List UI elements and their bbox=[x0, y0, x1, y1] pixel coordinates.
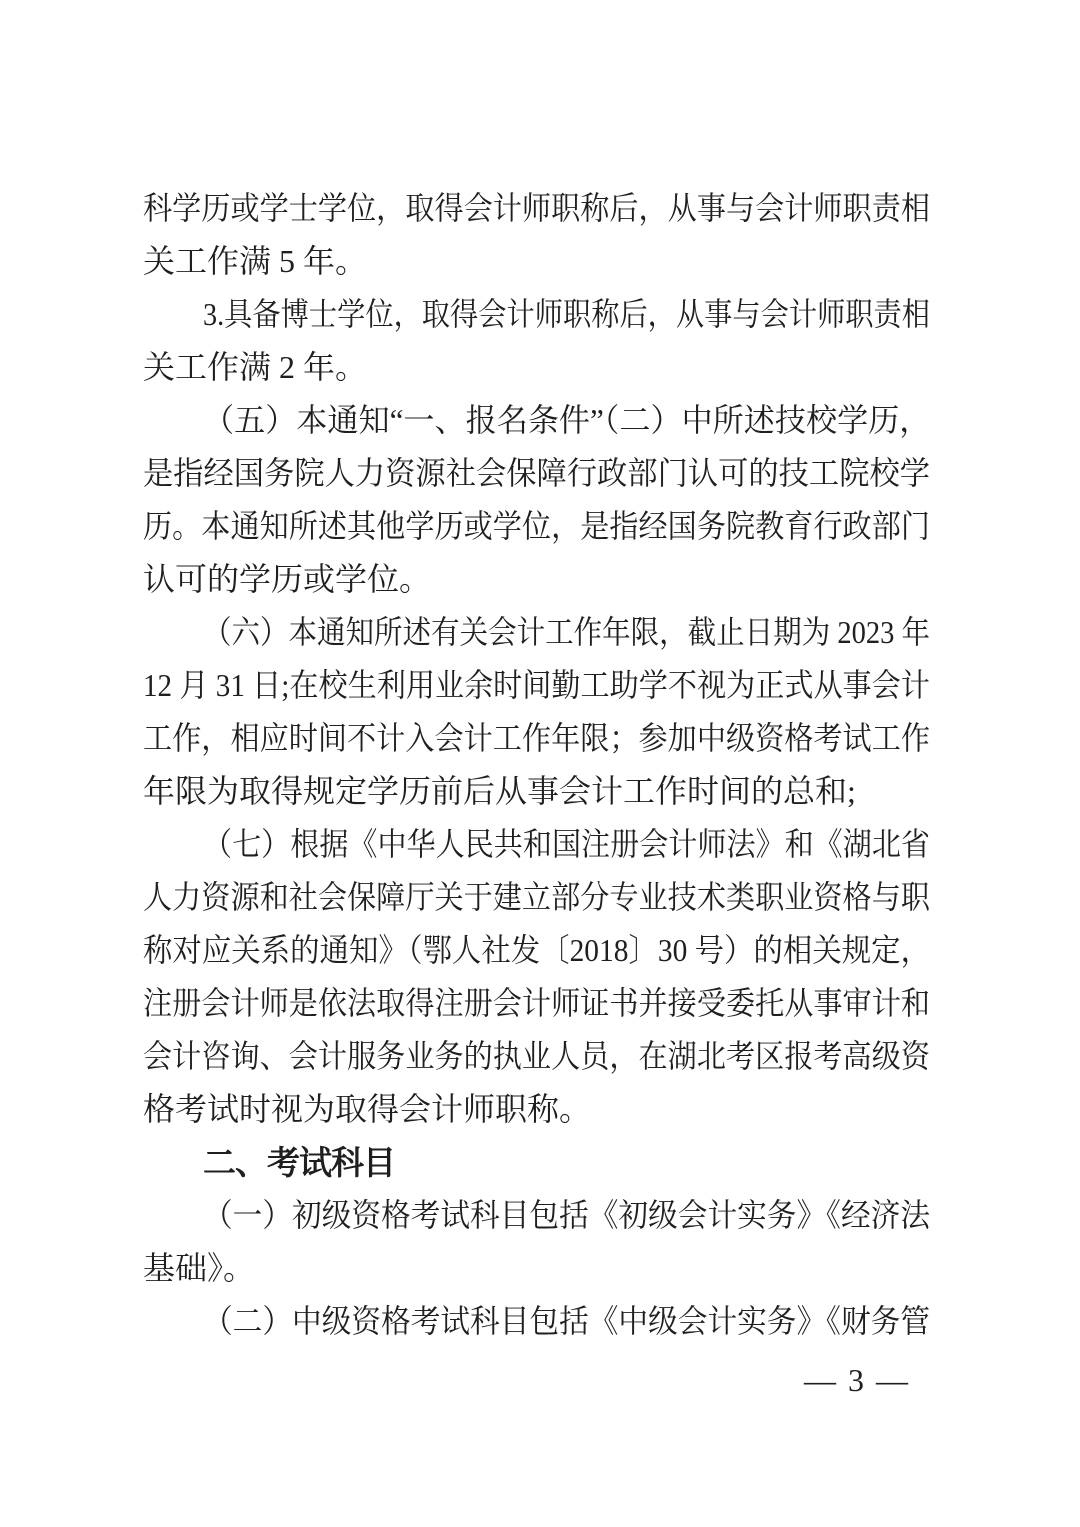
text-line-content: 会计咨询、会计服务业务的执业人员，在湖北考区报考高级资 bbox=[143, 1030, 930, 1083]
text-line: 注册会计师是依法取得注册会计师证书并接受委托从事审计和 bbox=[143, 977, 930, 1030]
text-line: 工作，相应时间不计入会计工作年限；参加中级资格考试工作 bbox=[143, 712, 930, 765]
text-line: 关工作满 2 年。 bbox=[143, 341, 930, 394]
text-line: 认可的学历或学位。 bbox=[143, 553, 930, 606]
text-line-content: 年限为取得规定学历前后从事会计工作时间的总和; bbox=[143, 765, 856, 818]
document-page: 科学历或学士学位，取得会计师职称后，从事与会计师职责相 关工作满 5 年。 3.… bbox=[0, 0, 1080, 1527]
text-line-content: 关工作满 2 年。 bbox=[143, 341, 367, 394]
section-heading-text: 二、考试科目 bbox=[203, 1136, 395, 1189]
text-line-content: 3.具备博士学位，取得会计师职称后，从事与会计师职责相 bbox=[203, 288, 930, 341]
text-line-content: （二）中级资格考试科目包括《中级会计实务》《财务管 bbox=[203, 1295, 930, 1348]
text-line: 基础》。 bbox=[143, 1242, 930, 1295]
page-number: — 3 — bbox=[804, 1360, 910, 1400]
text-line-content: （六）本通知所述有关会计工作年限，截止日期为 2023 年 bbox=[203, 606, 930, 659]
text-line: 称对应关系的通知》（鄂人社发〔2018〕30 号）的相关规定， bbox=[143, 924, 930, 977]
text-line-content: 注册会计师是依法取得注册会计师证书并接受委托从事审计和 bbox=[143, 977, 930, 1030]
text-line: （一）初级资格考试科目包括《初级会计实务》《经济法 bbox=[143, 1189, 930, 1242]
text-line-content: 12 月 31 日;在校生利用业余时间勤工助学不视为正式从事会计 bbox=[143, 659, 930, 712]
text-line: 历。本通知所述其他学历或学位，是指经国务院教育行政部门 bbox=[143, 500, 930, 553]
text-line: 3.具备博士学位，取得会计师职称后，从事与会计师职责相 bbox=[143, 288, 930, 341]
text-line: 12 月 31 日;在校生利用业余时间勤工助学不视为正式从事会计 bbox=[143, 659, 930, 712]
text-line-content: 称对应关系的通知》（鄂人社发〔2018〕30 号）的相关规定， bbox=[143, 924, 930, 977]
text-line: 是指经国务院人力资源社会保障行政部门认可的技工院校学 bbox=[143, 447, 930, 500]
text-line-content: 格考试时视为取得会计师职称。 bbox=[143, 1083, 591, 1136]
text-line-content: 基础》。 bbox=[143, 1242, 255, 1295]
text-line-content: 是指经国务院人力资源社会保障行政部门认可的技工院校学 bbox=[143, 447, 930, 500]
text-line: （六）本通知所述有关会计工作年限，截止日期为 2023 年 bbox=[143, 606, 930, 659]
section-heading-exam-subjects: 二、考试科目 bbox=[143, 1136, 930, 1189]
text-line-content: 关工作满 5 年。 bbox=[143, 235, 367, 288]
text-line: （二）中级资格考试科目包括《中级会计实务》《财务管 bbox=[143, 1295, 930, 1348]
text-line-content: 工作，相应时间不计入会计工作年限；参加中级资格考试工作 bbox=[143, 712, 930, 765]
text-line: 科学历或学士学位，取得会计师职称后，从事与会计师职责相 bbox=[143, 182, 930, 235]
text-line: 人力资源和社会保障厅关于建立部分专业技术类职业资格与职 bbox=[143, 871, 930, 924]
text-line-content: 认可的学历或学位。 bbox=[143, 553, 431, 606]
text-line: （五）本通知“一、报名条件”（二）中所述技校学历， bbox=[143, 394, 930, 447]
text-line-content: 科学历或学士学位，取得会计师职称后，从事与会计师职责相 bbox=[143, 182, 930, 235]
text-line: 年限为取得规定学历前后从事会计工作时间的总和; bbox=[143, 765, 930, 818]
text-line-content: （五）本通知“一、报名条件”（二）中所述技校学历， bbox=[203, 394, 930, 447]
text-line: （七）根据《中华人民共和国注册会计师法》和《湖北省 bbox=[143, 818, 930, 871]
text-line-content: 历。本通知所述其他学历或学位，是指经国务院教育行政部门 bbox=[143, 500, 930, 553]
text-line-content: （一）初级资格考试科目包括《初级会计实务》《经济法 bbox=[203, 1189, 930, 1242]
text-line: 会计咨询、会计服务业务的执业人员，在湖北考区报考高级资 bbox=[143, 1030, 930, 1083]
text-line-content: 人力资源和社会保障厅关于建立部分专业技术类职业资格与职 bbox=[143, 871, 930, 924]
text-line-content: （七）根据《中华人民共和国注册会计师法》和《湖北省 bbox=[203, 818, 930, 871]
text-line: 格考试时视为取得会计师职称。 bbox=[143, 1083, 930, 1136]
document-body: 科学历或学士学位，取得会计师职称后，从事与会计师职责相 关工作满 5 年。 3.… bbox=[143, 182, 930, 1348]
text-line: 关工作满 5 年。 bbox=[143, 235, 930, 288]
